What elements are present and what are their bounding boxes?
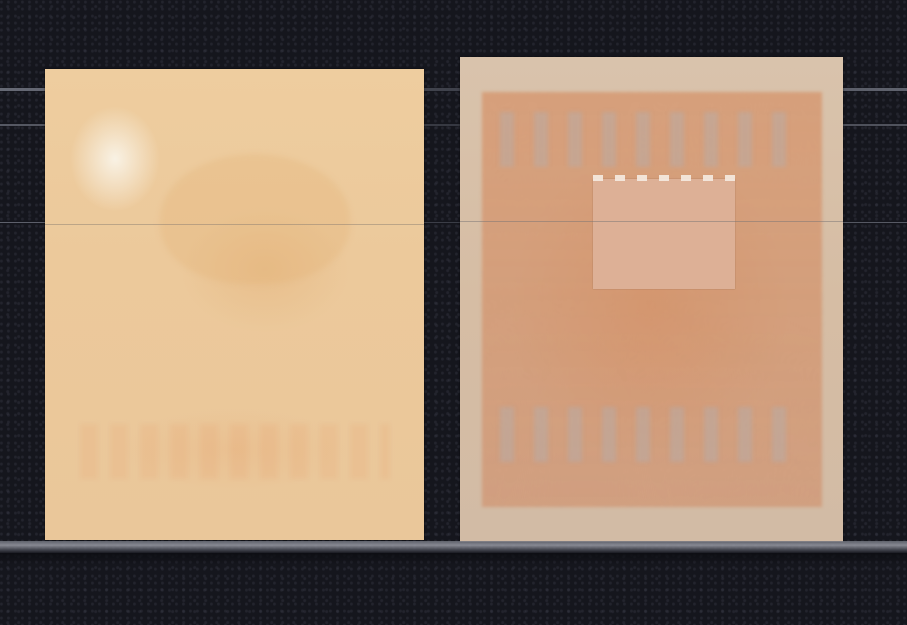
show-through-lettering-bottom bbox=[500, 407, 800, 462]
stock-strip-shadow bbox=[0, 553, 907, 565]
stock-page: Two stamp reverses on black stock page bbox=[0, 0, 907, 625]
stamp-back-left bbox=[45, 69, 424, 540]
hinge-torn-edge bbox=[593, 175, 735, 181]
show-through-lettering bbox=[80, 424, 390, 479]
show-through-lettering-top bbox=[500, 112, 800, 167]
stock-strip-bottom bbox=[0, 541, 907, 553]
mount-strip-shadow bbox=[460, 221, 843, 222]
hinge-remnant bbox=[593, 179, 735, 289]
stamp-back-right bbox=[460, 57, 843, 542]
mount-strip-shadow bbox=[45, 224, 424, 225]
show-through-oval bbox=[160, 154, 350, 284]
